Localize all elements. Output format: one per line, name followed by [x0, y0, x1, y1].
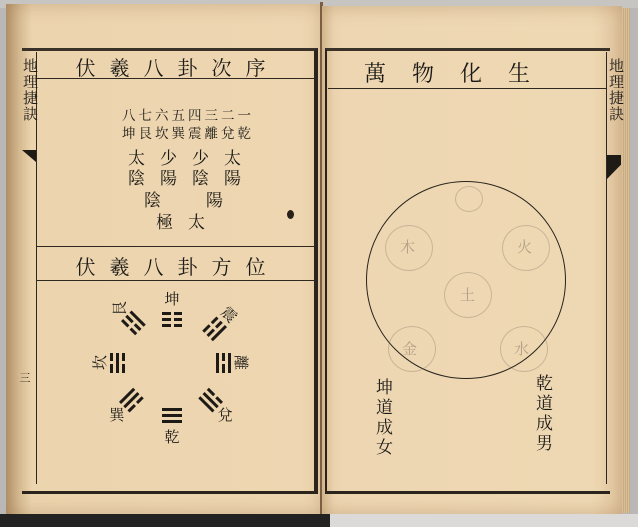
trigram-label: 坎	[89, 355, 110, 370]
taiji-label: 極太	[156, 208, 220, 233]
right-margin-title: 地理捷訣	[606, 58, 627, 122]
trigram-label: 艮	[108, 301, 129, 316]
faint-label-wood: 木	[400, 236, 415, 257]
left-margin-title: 地理捷訣	[20, 58, 41, 122]
faint-circle	[455, 186, 483, 212]
trigram-label: 乾	[164, 426, 179, 447]
trigram-kan: 坎	[92, 352, 125, 373]
trigram-li: 離	[216, 352, 249, 373]
qian-dao-caption: 乾道成男	[530, 374, 555, 454]
trigram-kun-lines-icon	[162, 312, 182, 327]
page-number: 三	[16, 372, 32, 383]
trigram-kan-lines-icon	[110, 353, 125, 373]
position-title-rule	[37, 280, 315, 281]
trigram-label: 坤	[164, 288, 179, 309]
right-page-title: 萬物化生	[330, 58, 590, 86]
trigram-kun: 坤	[162, 288, 182, 327]
scan-background-bottom	[0, 514, 638, 527]
trigram-qian-lines-icon	[162, 408, 182, 423]
right-title-rule	[328, 88, 606, 89]
position-panel-top-rule	[37, 246, 315, 247]
ink-blot	[287, 210, 294, 219]
trigram-li-lines-icon	[216, 353, 231, 373]
open-book-scan: 地理捷訣 三 伏羲八卦次序 八七六五四三二一 坤艮坎巽震離兌乾 太少少太 陰陽陰…	[0, 0, 638, 527]
trigram-numbers-row: 八七六五四三二一	[122, 104, 254, 124]
faint-label-metal: 金	[402, 338, 417, 359]
position-panel-title: 伏羲八卦方位	[40, 252, 315, 278]
faint-label-earth: 土	[460, 284, 475, 305]
kun-dao-caption: 坤道成女	[370, 378, 395, 458]
trigram-qian: 乾	[162, 408, 182, 447]
faint-label-fire: 火	[517, 236, 532, 257]
sequence-panel-title: 伏羲八卦次序	[40, 54, 315, 78]
trigram-label: 巽	[109, 404, 124, 425]
trigram-label: 兌	[218, 404, 233, 425]
trigram-names-row: 坤艮坎巽震離兌乾	[122, 122, 254, 142]
trigram-label: 離	[231, 355, 252, 370]
faint-label-water: 水	[514, 338, 529, 359]
